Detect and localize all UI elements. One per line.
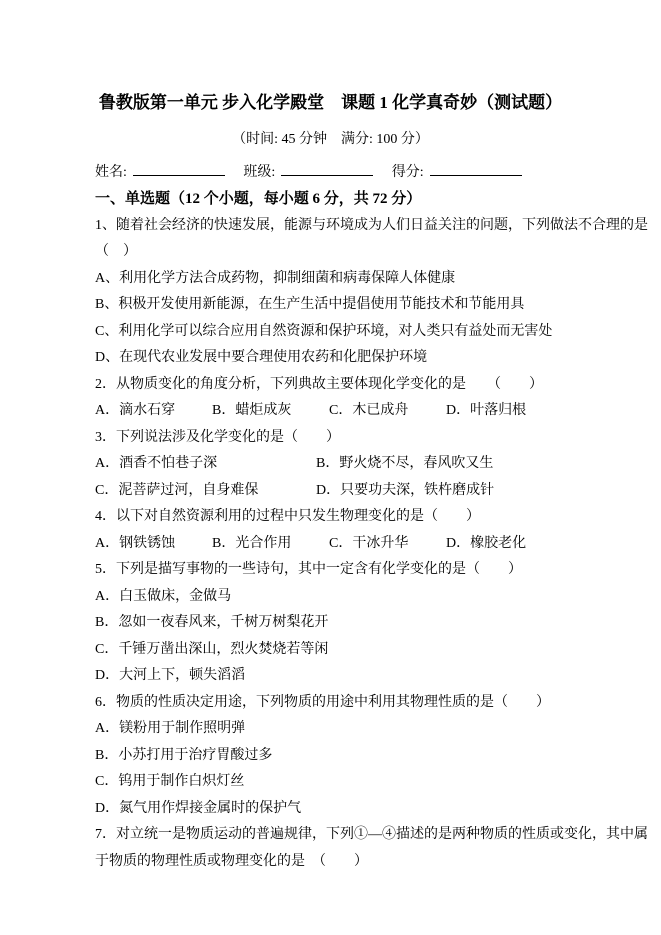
option-item: C．木已成舟 (329, 398, 446, 425)
option-item: A．酒香不怕巷子深 (95, 451, 316, 478)
question-7: 7．对立统一是物质运动的普遍规律，下列①—④描述的是两种物质的性质或变化，其中属… (95, 822, 621, 875)
question-5-options-row: D．大河上下，顿失滔滔 (95, 663, 621, 690)
question-2-stem-line: 2．从物质变化的角度分析，下列典故主要体现化学变化的是 （ ） (95, 372, 621, 399)
question-1-options-row: A、利用化学方法合成药物，抑制细菌和病毒保障人体健康 (95, 266, 621, 293)
question-1: 1、随着社会经济的快速发展，能源与环境成为人们日益关注的问题，下列做法不合理的是… (95, 213, 621, 372)
option-item: B．小苏打用于治疗胃酸过多 (95, 743, 272, 770)
question-5-stem-line: 5．下列是描写事物的一些诗句，其中一定含有化学变化的是（ ） (95, 557, 621, 584)
question-5-options-row: C．千锤万凿出深山，烈火焚烧若等闲 (95, 637, 621, 664)
option-item: B．忽如一夜春风来，千树万树梨花开 (95, 610, 328, 637)
question-5-options-row: B．忽如一夜春风来，千树万树梨花开 (95, 610, 621, 637)
option-item: C．千锤万凿出深山，烈火焚烧若等闲 (95, 637, 328, 664)
questions: 1、随着社会经济的快速发展，能源与环境成为人们日益关注的问题，下列做法不合理的是… (95, 213, 621, 876)
question-1-options-row: D、在现代农业发展中要合理使用农药和化肥保护环境 (95, 345, 621, 372)
option-item: D．橡胶老化 (446, 531, 526, 558)
option-item: A、利用化学方法合成药物，抑制细菌和病毒保障人体健康 (95, 266, 455, 293)
student-info-line: 姓名: 班级: 得分: (95, 159, 661, 186)
question-4: 4．以下对自然资源利用的过程中只发生物理变化的是（ ）A．钢铁锈蚀B．光合作用C… (95, 504, 621, 557)
option-item: A．白玉做床，金做马 (95, 584, 231, 611)
question-3-options-row: C．泥菩萨过河，自身难保D．只要功夫深，铁杵磨成针 (95, 478, 621, 505)
class-label: 班级: (243, 165, 275, 180)
question-7-stem-line: 于物质的物理性质或物理变化的是 （ ） (95, 849, 621, 876)
option-item: A．滴水石穿 (95, 398, 212, 425)
option-item: D．叶落归根 (446, 398, 526, 425)
score-blank (430, 160, 522, 176)
question-1-stem-line: （ ） (95, 239, 621, 266)
question-6-options-row: B．小苏打用于治疗胃酸过多 (95, 743, 621, 770)
option-item: C．泥菩萨过河，自身难保 (95, 478, 316, 505)
question-2-options-row: A．滴水石穿B．蜡炬成灰C．木已成舟D．叶落归根 (95, 398, 621, 425)
name-label: 姓名: (95, 165, 127, 180)
test-paper-page: 鲁教版第一单元 步入化学殿堂 课题 1 化学真奇妙（测试题） （时间: 45 分… (0, 0, 661, 935)
question-3-stem-line: 3．下列说法涉及化学变化的是（ ） (95, 425, 621, 452)
option-item: B．野火烧不尽，春风吹又生 (316, 451, 493, 478)
exam-time-score-line: （时间: 45 分钟 满分: 100 分） (0, 128, 661, 148)
question-6-stem-line: 6．物质的性质决定用途，下列物质的用途中利用其物理性质的是（ ） (95, 690, 621, 717)
name-blank (133, 160, 225, 176)
question-6-options-row: A．镁粉用于制作照明弹 (95, 716, 621, 743)
class-blank (281, 160, 373, 176)
option-item: B、积极开发使用新能源，在生产生活中提倡使用节能技术和节能用具 (95, 292, 524, 319)
option-item: C、利用化学可以综合应用自然资源和保护环境，对人类只有益处而无害处 (95, 319, 552, 346)
option-item: D．只要功夫深，铁杵磨成针 (316, 478, 494, 505)
option-item: B．光合作用 (212, 531, 329, 558)
score-label: 得分: (392, 165, 424, 180)
option-item: C．钨用于制作白炽灯丝 (95, 769, 244, 796)
question-3: 3．下列说法涉及化学变化的是（ ）A．酒香不怕巷子深B．野火烧不尽，春风吹又生C… (95, 425, 621, 505)
option-item: B．蜡炬成灰 (212, 398, 329, 425)
question-1-stem-line: 1、随着社会经济的快速发展，能源与环境成为人们日益关注的问题，下列做法不合理的是 (95, 213, 621, 240)
option-item: C．干冰升华 (329, 531, 446, 558)
question-4-options-row: A．钢铁锈蚀B．光合作用C．干冰升华D．橡胶老化 (95, 531, 621, 558)
question-6-options-row: C．钨用于制作白炽灯丝 (95, 769, 621, 796)
question-4-stem-line: 4．以下对自然资源利用的过程中只发生物理变化的是（ ） (95, 504, 621, 531)
question-1-options-row: C、利用化学可以综合应用自然资源和保护环境，对人类只有益处而无害处 (95, 319, 621, 346)
option-item: D、在现代农业发展中要合理使用农药和化肥保护环境 (95, 345, 427, 372)
question-6: 6．物质的性质决定用途，下列物质的用途中利用其物理性质的是（ ）A．镁粉用于制作… (95, 690, 621, 823)
question-section: 一、单选题（12 个小题，每小题 6 分，共 72 分） 1、随着社会经济的快速… (95, 186, 621, 875)
option-item: D．氮气用作焊接金属时的保护气 (95, 796, 301, 823)
question-3-options-row: A．酒香不怕巷子深B．野火烧不尽，春风吹又生 (95, 451, 621, 478)
question-6-options-row: D．氮气用作焊接金属时的保护气 (95, 796, 621, 823)
option-item: D．大河上下，顿失滔滔 (95, 663, 245, 690)
option-item: A．钢铁锈蚀 (95, 531, 212, 558)
question-5-options-row: A．白玉做床，金做马 (95, 584, 621, 611)
question-7-stem-line: 7．对立统一是物质运动的普遍规律，下列①—④描述的是两种物质的性质或变化，其中属 (95, 822, 621, 849)
page-title: 鲁教版第一单元 步入化学殿堂 课题 1 化学真奇妙（测试题） (0, 88, 661, 113)
question-1-options-row: B、积极开发使用新能源，在生产生活中提倡使用节能技术和节能用具 (95, 292, 621, 319)
section-heading: 一、单选题（12 个小题，每小题 6 分，共 72 分） (95, 186, 621, 213)
question-5: 5．下列是描写事物的一些诗句，其中一定含有化学变化的是（ ）A．白玉做床，金做马… (95, 557, 621, 690)
question-2: 2．从物质变化的角度分析，下列典故主要体现化学变化的是 （ ）A．滴水石穿B．蜡… (95, 372, 621, 425)
option-item: A．镁粉用于制作照明弹 (95, 716, 245, 743)
